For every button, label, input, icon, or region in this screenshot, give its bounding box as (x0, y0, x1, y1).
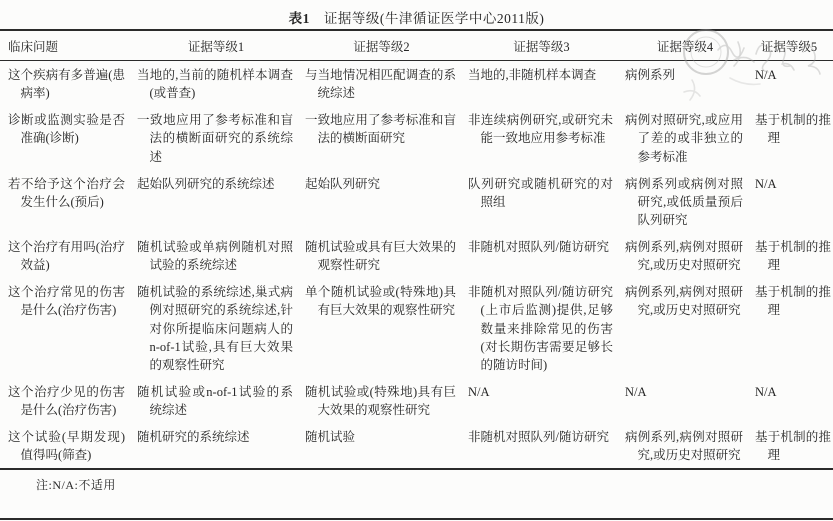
table-cell: 随机研究的系统综述 (137, 428, 293, 446)
table-cell: 非随机对照队列/随访研究 (468, 428, 613, 446)
page-bottom-rule (0, 518, 833, 520)
column-header-level-5: 证据等级5 (755, 30, 833, 61)
table-row: 这个治疗常见的伤害是什么(治疗伤害) 随机试验的系统综述,巢式病例对照研究的系统… (0, 278, 833, 378)
table-cell: 这个治疗少见的伤害是什么(治疗伤害) (8, 383, 125, 419)
table-row: 这个治疗少见的伤害是什么(治疗伤害) 随机试验或n-of-1试验的系统综述 随机… (0, 378, 833, 423)
table-row: 这个治疗有用吗(治疗效益) 随机试验或单病例随机对照试验的系统综述 随机试验或具… (0, 233, 833, 278)
table-cell: 基于机制的推理 (755, 238, 831, 274)
table-cell: 起始队列研究 (305, 175, 456, 193)
table-cell: 非随机对照队列/随访研究 (468, 238, 613, 256)
table-cell: 病例系列 (625, 66, 743, 84)
column-header-level-4: 证据等级4 (625, 30, 755, 61)
table-cell: 非连续病例研究,或研究未能一致地应用参考标准 (468, 111, 613, 147)
table-cell: N/A (755, 383, 831, 401)
table-cell: 病例系列,病例对照研究,或历史对照研究 (625, 428, 743, 464)
table-cell: 当地的,非随机样本调查 (468, 66, 613, 84)
table-cell: 一致地应用了参考标准和盲法的横断面研究 (305, 111, 456, 147)
table-cell: 单个随机试验或(特殊地)具有巨大效果的观察性研究 (305, 283, 456, 319)
table-cell: 这个疾病有多普遍(患病率) (8, 66, 125, 102)
table-cell: 起始队列研究的系统综述 (137, 175, 293, 193)
table-cell: 随机试验 (305, 428, 456, 446)
table-cell: 诊断或监测实验是否准确(诊断) (8, 111, 125, 147)
table-title: 表1证据等级(牛津循证医学中心2011版) (0, 0, 833, 29)
table-cell: 随机试验或(特殊地)具有巨大效果的观察性研究 (305, 383, 456, 419)
table-cell: N/A (468, 383, 613, 401)
table-cell: N/A (755, 66, 831, 84)
table-cell: 队列研究或随机研究的对照组 (468, 175, 613, 211)
scanned-document-page: { "title": { "label": "表1", "text": "证据等… (0, 0, 833, 521)
table-cell: N/A (625, 383, 743, 401)
table-row: 诊断或监测实验是否准确(诊断) 一致地应用了参考标准和盲法的横断面研究的系统综述… (0, 106, 833, 169)
table-cell: 随机试验或单病例随机对照试验的系统综述 (137, 238, 293, 274)
column-header-level-2: 证据等级2 (305, 30, 468, 61)
column-header-level-1: 证据等级1 (137, 30, 305, 61)
table-cell: 病例系列,病例对照研究,或历史对照研究 (625, 283, 743, 319)
table-cell: 当地的,当前的随机样本调查(或普查) (137, 66, 293, 102)
table-row: 若不给予这个治疗会发生什么(预后) 起始队列研究的系统综述 起始队列研究 队列研… (0, 170, 833, 233)
table-number: 表1 (289, 11, 310, 26)
table-cell: 若不给予这个治疗会发生什么(预后) (8, 175, 125, 211)
table-title-text: 证据等级(牛津循证医学中心2011版) (324, 11, 545, 26)
table-footnote: 注:N/A:不适用 (36, 476, 833, 493)
table-header: 临床问题 证据等级1 证据等级2 证据等级3 证据等级4 证据等级5 (0, 30, 833, 61)
table-cell: 非随机对照队列/随访研究(上市后监测)提供,足够数量来排除常见的伤害(对长期伤害… (468, 283, 613, 374)
table-cell: 基于机制的推理 (755, 111, 831, 147)
column-header-level-3: 证据等级3 (468, 30, 625, 61)
table-cell: 病例系列,病例对照研究,或历史对照研究 (625, 238, 743, 274)
header-row: 临床问题 证据等级1 证据等级2 证据等级3 证据等级4 证据等级5 (0, 30, 833, 61)
table-cell: N/A (755, 175, 831, 193)
table-body: 这个疾病有多普遍(患病率) 当地的,当前的随机样本调查(或普查) 与当地情况相匹… (0, 61, 833, 470)
table-cell: 随机试验或具有巨大效果的观察性研究 (305, 238, 456, 274)
table-row: 这个疾病有多普遍(患病率) 当地的,当前的随机样本调查(或普查) 与当地情况相匹… (0, 61, 833, 107)
table-cell: 基于机制的推理 (755, 428, 831, 464)
table-cell: 这个治疗有用吗(治疗效益) (8, 238, 125, 274)
table-cell: 随机试验或n-of-1试验的系统综述 (137, 383, 293, 419)
table-cell: 一致地应用了参考标准和盲法的横断面研究的系统综述 (137, 111, 293, 165)
table-cell: 病例对照研究,或应用了差的或非独立的参考标准 (625, 111, 743, 165)
table-cell: 与当地情况相匹配调查的系统综述 (305, 66, 456, 102)
table-cell: 这个治疗常见的伤害是什么(治疗伤害) (8, 283, 125, 319)
evidence-levels-table: 临床问题 证据等级1 证据等级2 证据等级3 证据等级4 证据等级5 这个疾病有… (0, 29, 833, 470)
table-row: 这个试验(早期发现)值得吗(筛查) 随机研究的系统综述 随机试验 非随机对照队列… (0, 423, 833, 469)
table-cell: 这个试验(早期发现)值得吗(筛查) (8, 428, 125, 464)
table-cell: 病例系列或病例对照研究,或低质量预后队列研究 (625, 175, 743, 229)
table-cell: 随机试验的系统综述,巢式病例对照研究的系统综述,针对你所提临床问题病人的n-of… (137, 283, 293, 374)
table-cell: 基于机制的推理 (755, 283, 831, 319)
column-header-clinical-question: 临床问题 (0, 30, 137, 61)
